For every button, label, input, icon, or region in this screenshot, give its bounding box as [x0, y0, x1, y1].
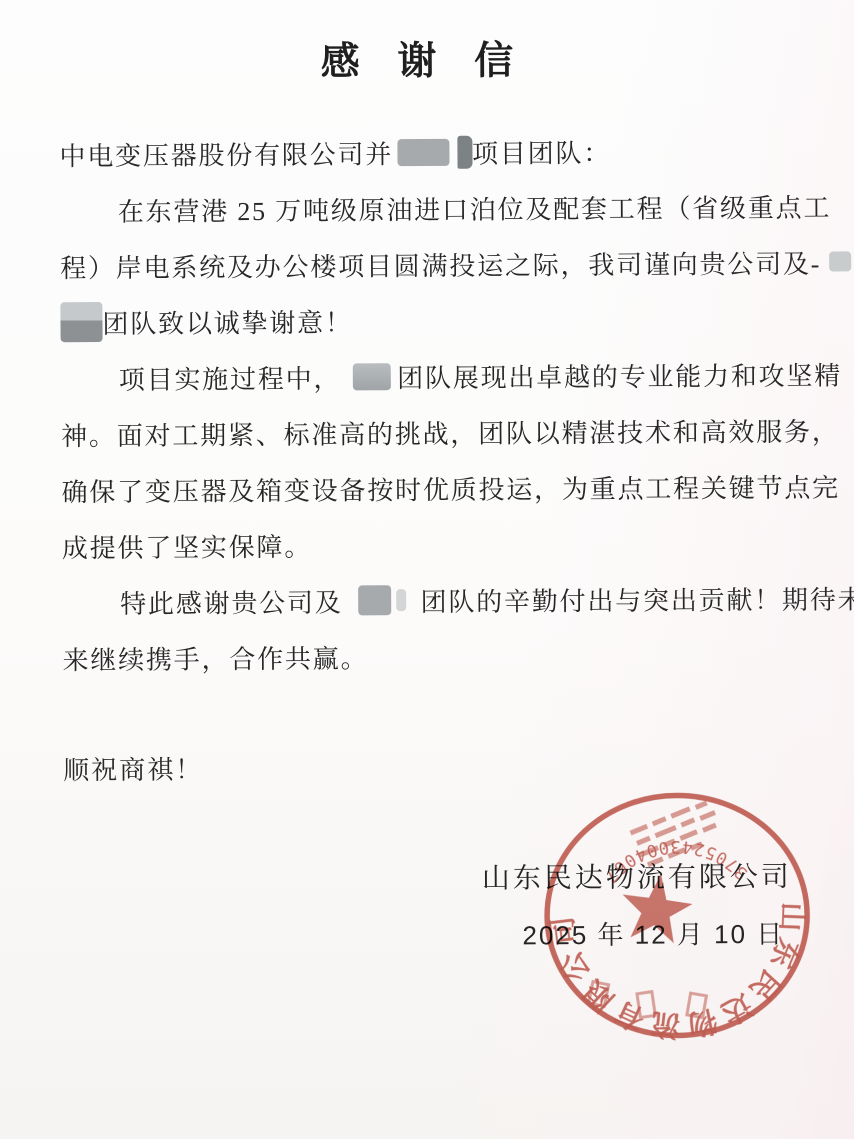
redaction-block — [829, 251, 851, 271]
closing-salute: 顺祝商祺！ — [1, 735, 854, 796]
body-text: 团队致以诚挚谢意！ — [102, 302, 352, 341]
body-text: 特此感谢贵公司及 — [120, 582, 343, 620]
signature-block: 山东民达物流有限公司 2025 年 12 月 10 日 — [2, 849, 854, 966]
signature-company: 山东民达物流有限公司 — [2, 849, 854, 910]
body-line-7: 确保了变压器及箱变设备按时优质投运，为重点工程关键节点完 — [61, 458, 793, 518]
body-line-2: 在东营港 25 万吨级原油进口泊位及配套工程（省级重点工 — [60, 178, 792, 238]
body-line-10: 来继续携手，合作共赢。 — [62, 626, 794, 686]
body-text: 神。面对工期紧、标准高的挑战，团队以精湛技术和高效服务， — [61, 411, 840, 453]
body-text: 在东营港 25 万吨级原油进口泊位及配套工程（省级重点工 — [118, 187, 832, 228]
body-line-6: 神。面对工期紧、标准高的挑战，团队以精湛技术和高效服务， — [61, 402, 793, 462]
letter-page: 感 谢 信 中电变压器股份有限公司并项目团队：在东营港 25 万吨级原油进口泊位… — [0, 0, 854, 1139]
body-text: 程）岸电系统及办公楼项目圆满投运之际，我司谨向贵公司及- — [60, 243, 821, 285]
body-text: 中电变压器股份有限公司并 — [59, 134, 393, 173]
seal-overprint-lower-marks — [588, 981, 706, 1018]
body-line-8: 成提供了坚实保障。 — [62, 514, 794, 574]
body-line-4: 团队致以诚挚谢意！ — [60, 290, 792, 350]
redaction-block — [353, 363, 391, 390]
body-line-9: 特此感谢贵公司及团队的辛勤付出与突出贡献！期待未 — [62, 570, 794, 630]
body-line-1: 中电变压器股份有限公司并项目团队： — [59, 122, 791, 182]
body-text: 确保了变压器及箱变设备按时优质投运，为重点工程关键节点完 — [61, 467, 840, 509]
redaction-block — [397, 138, 449, 165]
body-text: 项目实施过程中， — [119, 358, 342, 396]
redaction-block — [60, 302, 102, 342]
letter-content: 感 谢 信 中电变压器股份有限公司并项目团队：在东营港 25 万吨级原油进口泊位… — [0, 0, 854, 1139]
body-line-3: 程）岸电系统及办公楼项目圆满投运之际，我司谨向贵公司及- — [60, 234, 792, 294]
body-text: 成提供了坚实保障。 — [62, 526, 312, 565]
redaction-block — [397, 589, 407, 611]
body-text: 团队展现出卓越的专业能力和攻坚精 — [397, 355, 842, 395]
body-text: 项目团队： — [472, 132, 611, 170]
body-line-5: 项目实施过程中，团队展现出卓越的专业能力和攻坚精 — [61, 346, 793, 406]
redaction-block — [359, 585, 392, 615]
redaction-block — [457, 135, 472, 168]
letter-body: 中电变压器股份有限公司并项目团队：在东营港 25 万吨级原油进口泊位及配套工程（… — [0, 121, 854, 686]
letter-title: 感 谢 信 — [0, 27, 851, 88]
body-text: 来继续携手，合作共赢。 — [62, 638, 368, 677]
signature-date: 2025 年 12 月 10 日 — [2, 905, 854, 966]
body-text: 团队的辛勤付出与突出贡献！期待未 — [420, 579, 854, 619]
